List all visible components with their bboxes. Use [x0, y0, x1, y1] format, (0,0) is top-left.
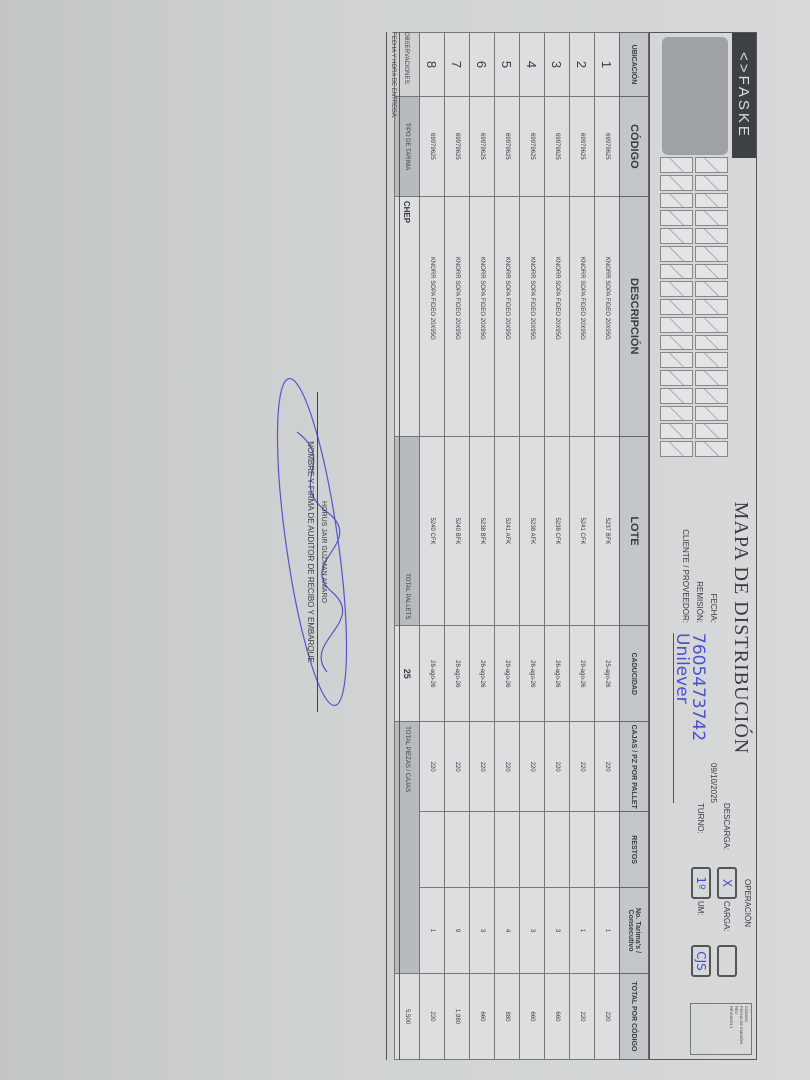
cell-codigo: 69979625 — [495, 96, 520, 196]
meta-labels: FECHA: REMISIÓN: CLIENTE / PROVEEDOR: — [678, 463, 720, 623]
cell-ubicacion: 7 — [445, 33, 470, 97]
cell-lote: 5237 BFK — [595, 436, 620, 626]
cell-descripcion: KNORR SOPA FIDEO 20X95G — [445, 196, 470, 436]
auditor-name: HORUS JAIR GUZMAN AMARO — [320, 392, 327, 712]
pallet-slot-icon — [695, 370, 728, 386]
header-descripcion: DESCRIPCIÓN — [620, 196, 649, 436]
pallet-slot-icon — [660, 264, 693, 280]
pallet-slot-icon — [695, 246, 728, 262]
um-field[interactable]: CJS — [691, 945, 711, 977]
table-row: 469979625KNORR SOPA FIDEO 20X95G5238 AFK… — [520, 33, 545, 1060]
cell-descripcion: KNORR SOPA FIDEO 20X95G — [495, 196, 520, 436]
cell-descripcion: KNORR SOPA FIDEO 20X95G — [570, 196, 595, 436]
distribution-table: UBICACIÓN CÓDIGO DESCRIPCIÓN LOTE CADUCI… — [394, 32, 649, 1060]
cell-codigo: 69979625 — [420, 96, 445, 196]
header-total: TOTAL POR CÓDIGO — [620, 974, 649, 1060]
cell-descripcion: KNORR SOPA FIDEO 20X95G — [595, 196, 620, 436]
cell-caducidad: 25-ago-26 — [595, 626, 620, 722]
cell-caducidad: 26-ago-26 — [520, 626, 545, 722]
cell-total: 220 — [595, 974, 620, 1060]
meta-values: 09/10/2025 7605473742 Unilever — [673, 633, 720, 803]
remision-label: REMISIÓN: — [692, 463, 706, 623]
cell-cajas: 220 — [570, 722, 595, 812]
pallet-slot-icon — [695, 299, 728, 315]
cell-restos — [420, 812, 445, 888]
fecha-label: FECHA: — [706, 463, 720, 623]
cell-cajas: 220 — [470, 722, 495, 812]
cell-caducidad: 28-ago-26 — [420, 626, 445, 722]
cell-codigo: 69979625 — [545, 96, 570, 196]
pallet-slot-icon — [660, 335, 693, 351]
header-codigo: CÓDIGO — [620, 96, 649, 196]
document-title: MAPA DE DISTRIBUCIÓN — [729, 463, 752, 793]
cell-restos — [445, 812, 470, 888]
cell-ubicacion: 2 — [570, 33, 595, 97]
header-cajas: CAJAS / PZ POR PALLET — [620, 722, 649, 812]
cell-tarimas: 3 — [545, 888, 570, 974]
cell-tarimas: 1 — [420, 888, 445, 974]
pallet-slot-icon — [695, 281, 728, 297]
cell-restos — [520, 812, 545, 888]
pallet-slot-icon — [695, 317, 728, 333]
cell-total: 220 — [420, 974, 445, 1060]
cell-codigo: 69979625 — [445, 96, 470, 196]
doc-code-line2: FECHA DE EMISIÓN — [739, 1006, 744, 1052]
cell-restos — [570, 812, 595, 888]
cell-ubicacion: 8 — [420, 33, 445, 97]
table-header-row: UBICACIÓN CÓDIGO DESCRIPCIÓN LOTE CADUCI… — [620, 33, 649, 1060]
carga-label: CARGA: — [723, 901, 732, 941]
turno-field[interactable]: 1º — [691, 867, 711, 899]
um-label: UM: — [697, 901, 706, 941]
cell-descripcion: KNORR SOPA FIDEO 20X95G — [470, 196, 495, 436]
header-lote: LOTE — [620, 436, 649, 626]
cell-tarimas: 9 — [445, 888, 470, 974]
cliente-label: CLIENTE / PROVEEDOR: — [678, 463, 692, 623]
faske-logo: <>FASKE — [732, 33, 756, 158]
cell-tarimas: 4 — [495, 888, 520, 974]
pallet-slot-icon — [695, 406, 728, 422]
cell-restos — [495, 812, 520, 888]
pallet-slot-icon — [695, 335, 728, 351]
pallet-slot-icon — [660, 157, 693, 173]
carga-checkbox[interactable] — [717, 945, 737, 977]
pallet-slot-icon — [660, 317, 693, 333]
signature-caption: NOMBRE Y FIRMA DE AUDITOR DE RECIBO Y EM… — [306, 392, 318, 712]
pallet-slot-icon — [660, 299, 693, 315]
cell-ubicacion: 1 — [595, 33, 620, 97]
pallet-slot-icon — [695, 228, 728, 244]
cell-total: 1,980 — [445, 974, 470, 1060]
pallet-slot-icon — [695, 264, 728, 280]
pallet-slot-icon — [660, 352, 693, 368]
pallet-slot-icon — [660, 388, 693, 404]
cell-cajas: 220 — [520, 722, 545, 812]
cell-caducidad: 28-ago-26 — [445, 626, 470, 722]
header-tarimas: No. Tarima's / Consecutivo — [620, 888, 649, 974]
pallet-slot-icon — [660, 210, 693, 226]
cell-cajas: 220 — [495, 722, 520, 812]
pallet-layout-grid — [660, 157, 728, 457]
cell-descripcion: KNORR SOPA FIDEO 20X95G — [520, 196, 545, 436]
cell-total: 660 — [520, 974, 545, 1060]
turno-label: TURNO: — [697, 803, 706, 863]
cell-total: 220 — [570, 974, 595, 1060]
cell-ubicacion: 4 — [520, 33, 545, 97]
signature-block: HORUS JAIR GUZMAN AMARO NOMBRE Y FIRMA D… — [306, 392, 327, 712]
cell-ubicacion: 5 — [495, 33, 520, 97]
fecha-entrega-label: FECHA Y HORA DE ENTREGA: — [386, 32, 399, 1060]
cell-lote: 5241 AFK — [495, 436, 520, 626]
doc-code-line1: CÓDIGO — [744, 1006, 749, 1052]
pallet-slot-icon — [660, 246, 693, 262]
cell-total: 660 — [470, 974, 495, 1060]
truck-icon — [662, 37, 728, 155]
cell-tarimas: 1 — [570, 888, 595, 974]
cell-total: 660 — [545, 974, 570, 1060]
cell-lote: 5240 BFK — [445, 436, 470, 626]
cell-restos — [470, 812, 495, 888]
pallet-slot-icon — [660, 193, 693, 209]
doc-code-revision: REVISIÓN 1 — [729, 1006, 734, 1052]
table-row: 569979625KNORR SOPA FIDEO 20X95G5241 AFK… — [495, 33, 520, 1060]
pallet-slot-icon — [695, 441, 728, 457]
cell-cajas: 220 — [595, 722, 620, 812]
pallet-slot-icon — [695, 352, 728, 368]
pallet-slot-icon — [695, 210, 728, 226]
cell-cajas: 220 — [545, 722, 570, 812]
cell-lote: 5238 BFK — [470, 436, 495, 626]
pallet-slot-icon — [695, 193, 728, 209]
cell-tarimas: 1 — [595, 888, 620, 974]
cell-ubicacion: 3 — [545, 33, 570, 97]
cell-tarimas: 3 — [520, 888, 545, 974]
pallet-slot-icon — [660, 423, 693, 439]
table-row: 769979625KNORR SOPA FIDEO 20X95G5240 BFK… — [445, 33, 470, 1060]
pallet-slot-icon — [660, 370, 693, 386]
cell-codigo: 69979625 — [470, 96, 495, 196]
pallet-slot-icon — [660, 281, 693, 297]
observaciones-label: OBSERVACIONES: — [399, 32, 412, 1060]
header-ubicacion: UBICACIÓN — [620, 33, 649, 97]
cell-codigo: 69979625 — [595, 96, 620, 196]
cell-total: 880 — [495, 974, 520, 1060]
cell-ubicacion: 6 — [470, 33, 495, 97]
cell-caducidad: 26-ago-26 — [470, 626, 495, 722]
pallet-slot-icon — [695, 388, 728, 404]
header-caducidad: CADUCIDAD — [620, 626, 649, 722]
fecha-value: 09/10/2025 — [706, 633, 720, 803]
remision-value: 7605473742 — [690, 633, 706, 803]
cell-restos — [595, 812, 620, 888]
cell-restos — [545, 812, 570, 888]
operation-panel: OPERACIÓN DESCARGA: X CARGA: TURNO: 1º U… — [691, 803, 752, 1003]
brand-name: FASKE — [736, 76, 753, 139]
header-restos: RESTOS — [620, 812, 649, 888]
pallet-slot-icon — [660, 228, 693, 244]
descarga-checkbox[interactable]: X — [717, 867, 737, 899]
pallet-slot-icon — [660, 406, 693, 422]
cell-caducidad: 29-ago-26 — [570, 626, 595, 722]
cell-lote: 5241 CFK — [570, 436, 595, 626]
document-header: <>FASKE MAPA DE DISTRIBUCIÓN FECHA: REMI… — [649, 32, 757, 1060]
cell-caducidad: 29-ago-26 — [495, 626, 520, 722]
pallet-slot-icon — [660, 175, 693, 191]
cell-descripcion: KNORR SOPA FIDEO 20X95G — [420, 196, 445, 436]
cell-caducidad: 26-ago-26 — [545, 626, 570, 722]
cell-codigo: 69979625 — [570, 96, 595, 196]
cell-lote: 5238 AFK — [520, 436, 545, 626]
cell-cajas: 220 — [420, 722, 445, 812]
cell-cajas: 220 — [445, 722, 470, 812]
table-row: 269979625KNORR SOPA FIDEO 20X95G5241 CFK… — [570, 33, 595, 1060]
pallet-slot-icon — [695, 175, 728, 191]
descarga-label: DESCARGA: — [723, 803, 732, 863]
table-row: 669979625KNORR SOPA FIDEO 20X95G5238 BFK… — [470, 33, 495, 1060]
cell-codigo: 69979625 — [520, 96, 545, 196]
distribution-map-document: <>FASKE MAPA DE DISTRIBUCIÓN FECHA: REMI… — [25, 10, 785, 1070]
table-row: 869979625KNORR SOPA FIDEO 20X95G5240 CFK… — [420, 33, 445, 1060]
table-row: 169979625KNORR SOPA FIDEO 20X95G5237 BFK… — [595, 33, 620, 1060]
document-footer: OBSERVACIONES: FECHA Y HORA DE ENTREGA: — [386, 32, 412, 1060]
operation-title: OPERACIÓN — [743, 803, 752, 1003]
cell-lote: 5240 CFK — [420, 436, 445, 626]
cell-descripcion: KNORR SOPA FIDEO 20X95G — [545, 196, 570, 436]
document-code-box: CÓDIGO FECHA DE EMISIÓN REV REVISIÓN 1 — [690, 1003, 752, 1055]
pallet-slot-icon — [660, 441, 693, 457]
table-row: 369979625KNORR SOPA FIDEO 20X95G5238 CFK… — [545, 33, 570, 1060]
cell-lote: 5238 CFK — [545, 436, 570, 626]
cell-tarimas: 3 — [470, 888, 495, 974]
pallet-slot-icon — [695, 157, 728, 173]
pallet-slot-icon — [695, 423, 728, 439]
